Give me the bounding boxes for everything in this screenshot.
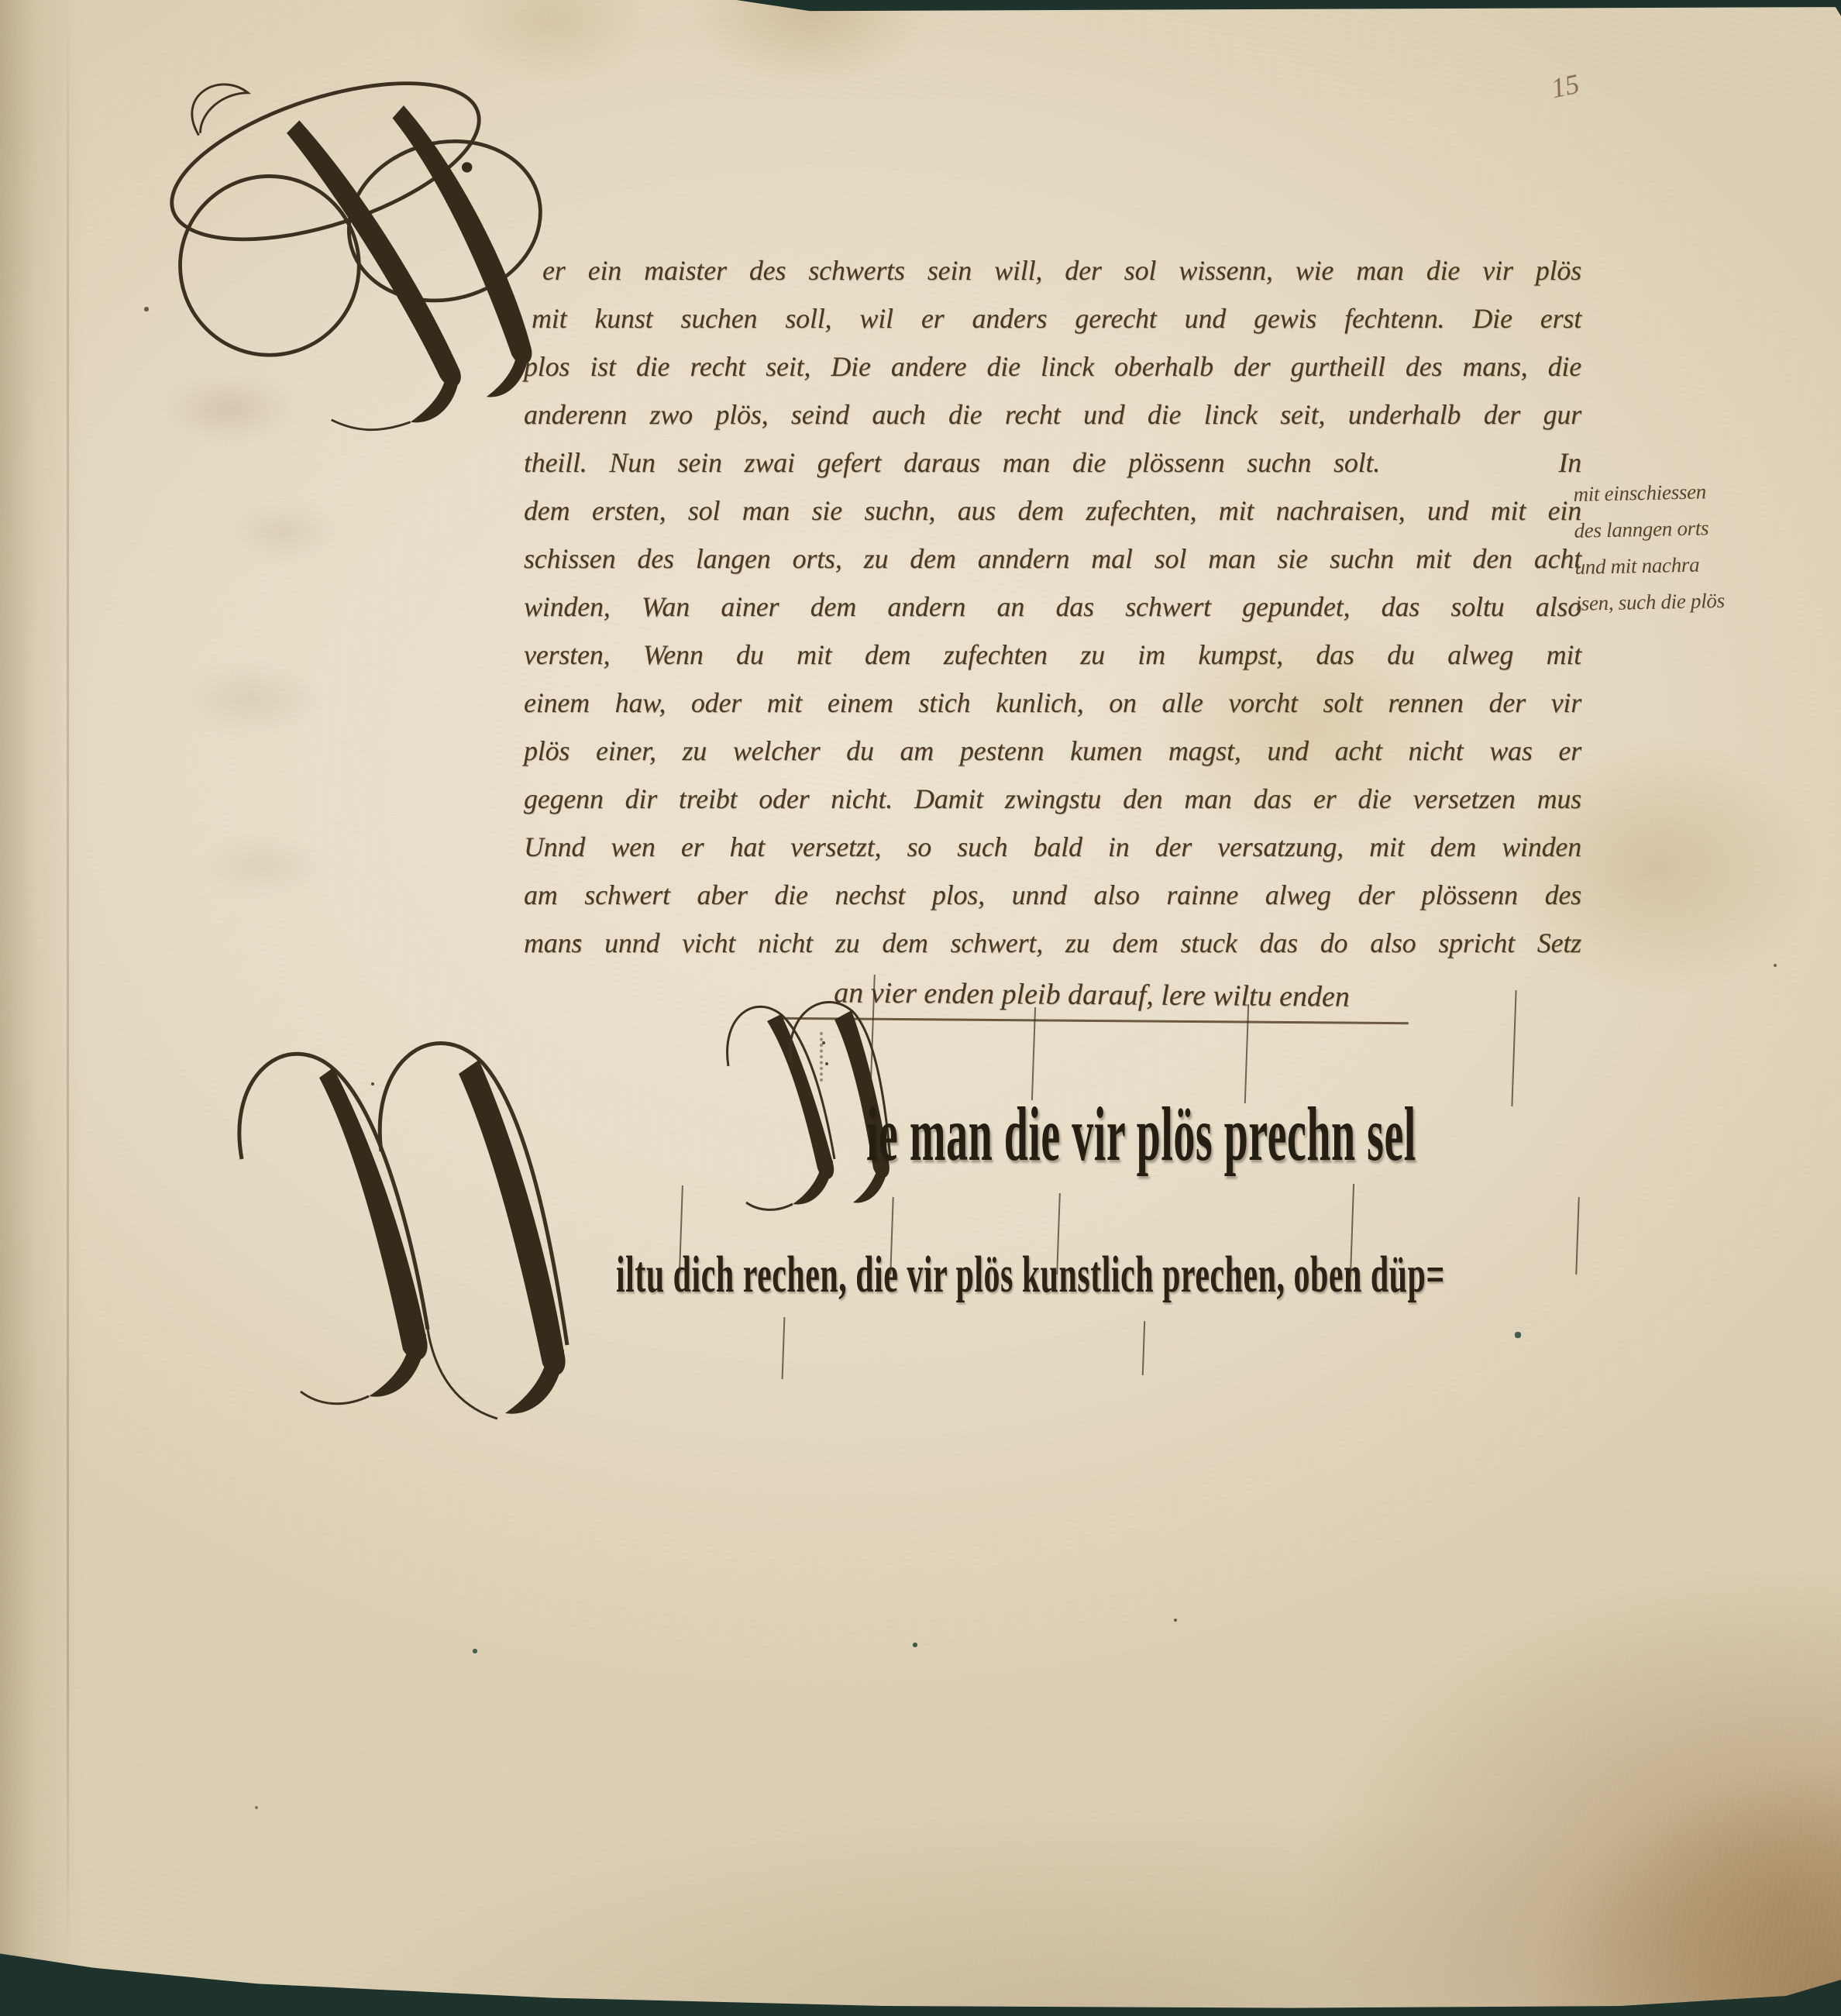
text-line: versten, Wenn du mit dem zufechten zu im… [524, 631, 1581, 679]
margin-note-line: isen, such die plös [1575, 581, 1793, 622]
margin-note: mit einschiessen des lanngen orts und mi… [1573, 472, 1793, 622]
descender-hairline [782, 1317, 786, 1379]
ascender-hairline [1575, 1197, 1579, 1275]
parchment-page: 15 W er ein maister des schwerts sein wi… [0, 0, 1841, 2016]
descender-hairline [1142, 1321, 1145, 1375]
folio-number: 15 [1548, 67, 1582, 105]
ascender-hairline [1511, 990, 1516, 1106]
text-line: Unnd wen er hat versetzt, so such bald i… [524, 823, 1581, 871]
main-text-block: er ein maister des schwerts sein will, d… [524, 246, 1581, 967]
page-fold-crease [67, 0, 69, 1960]
text-line: dem ersten, sol man sie suchn, aus dem z… [524, 487, 1581, 535]
text-line: einem haw, oder mit einem stich kunlich,… [524, 679, 1581, 727]
margin-note-line: und mit nachra [1574, 545, 1792, 586]
flourished-initial-w-top [108, 50, 542, 437]
text-line: plos ist die recht seit, Die andere die … [524, 342, 1581, 390]
ink-bleedthrough [167, 364, 376, 922]
text-line: anderenn zwo plös, seind auch die recht … [524, 390, 1581, 439]
margin-note-line: mit einschiessen [1573, 472, 1791, 513]
manuscript-photo: 15 W er ein maister des schwerts sein wi… [0, 0, 1841, 2016]
text-line: plös einer, zu welcher du am pestenn kum… [524, 727, 1581, 775]
text-line: winden, Wan ainer dem andern an das schw… [524, 583, 1581, 631]
section-heading: ie man die vir plös prechn sel [866, 1091, 1416, 1179]
margin-note-line: des lanngen orts [1574, 508, 1791, 549]
verse-line: iltu dich rechen, die vir plös kunstlich… [616, 1246, 1445, 1306]
text-line: theill. Nun sein zwai gefert daraus man … [524, 439, 1581, 487]
text-line: er ein maister des schwerts sein will, d… [524, 246, 1581, 294]
flourished-initial-w-verse [203, 1004, 621, 1454]
text-line: gegenn dir treibt oder nicht. Damit zwin… [524, 775, 1581, 823]
text-line: mit kunst suchen soll, wil er anders ger… [524, 294, 1581, 342]
ink-specks [0, 0, 2, 2]
text-line: schissen des langen orts, zu dem anndern… [524, 535, 1581, 583]
text-line: am schwert aber die nechst plos, unnd al… [524, 871, 1581, 919]
text-line: mans unnd vicht nicht zu dem schwert, zu… [524, 919, 1581, 967]
